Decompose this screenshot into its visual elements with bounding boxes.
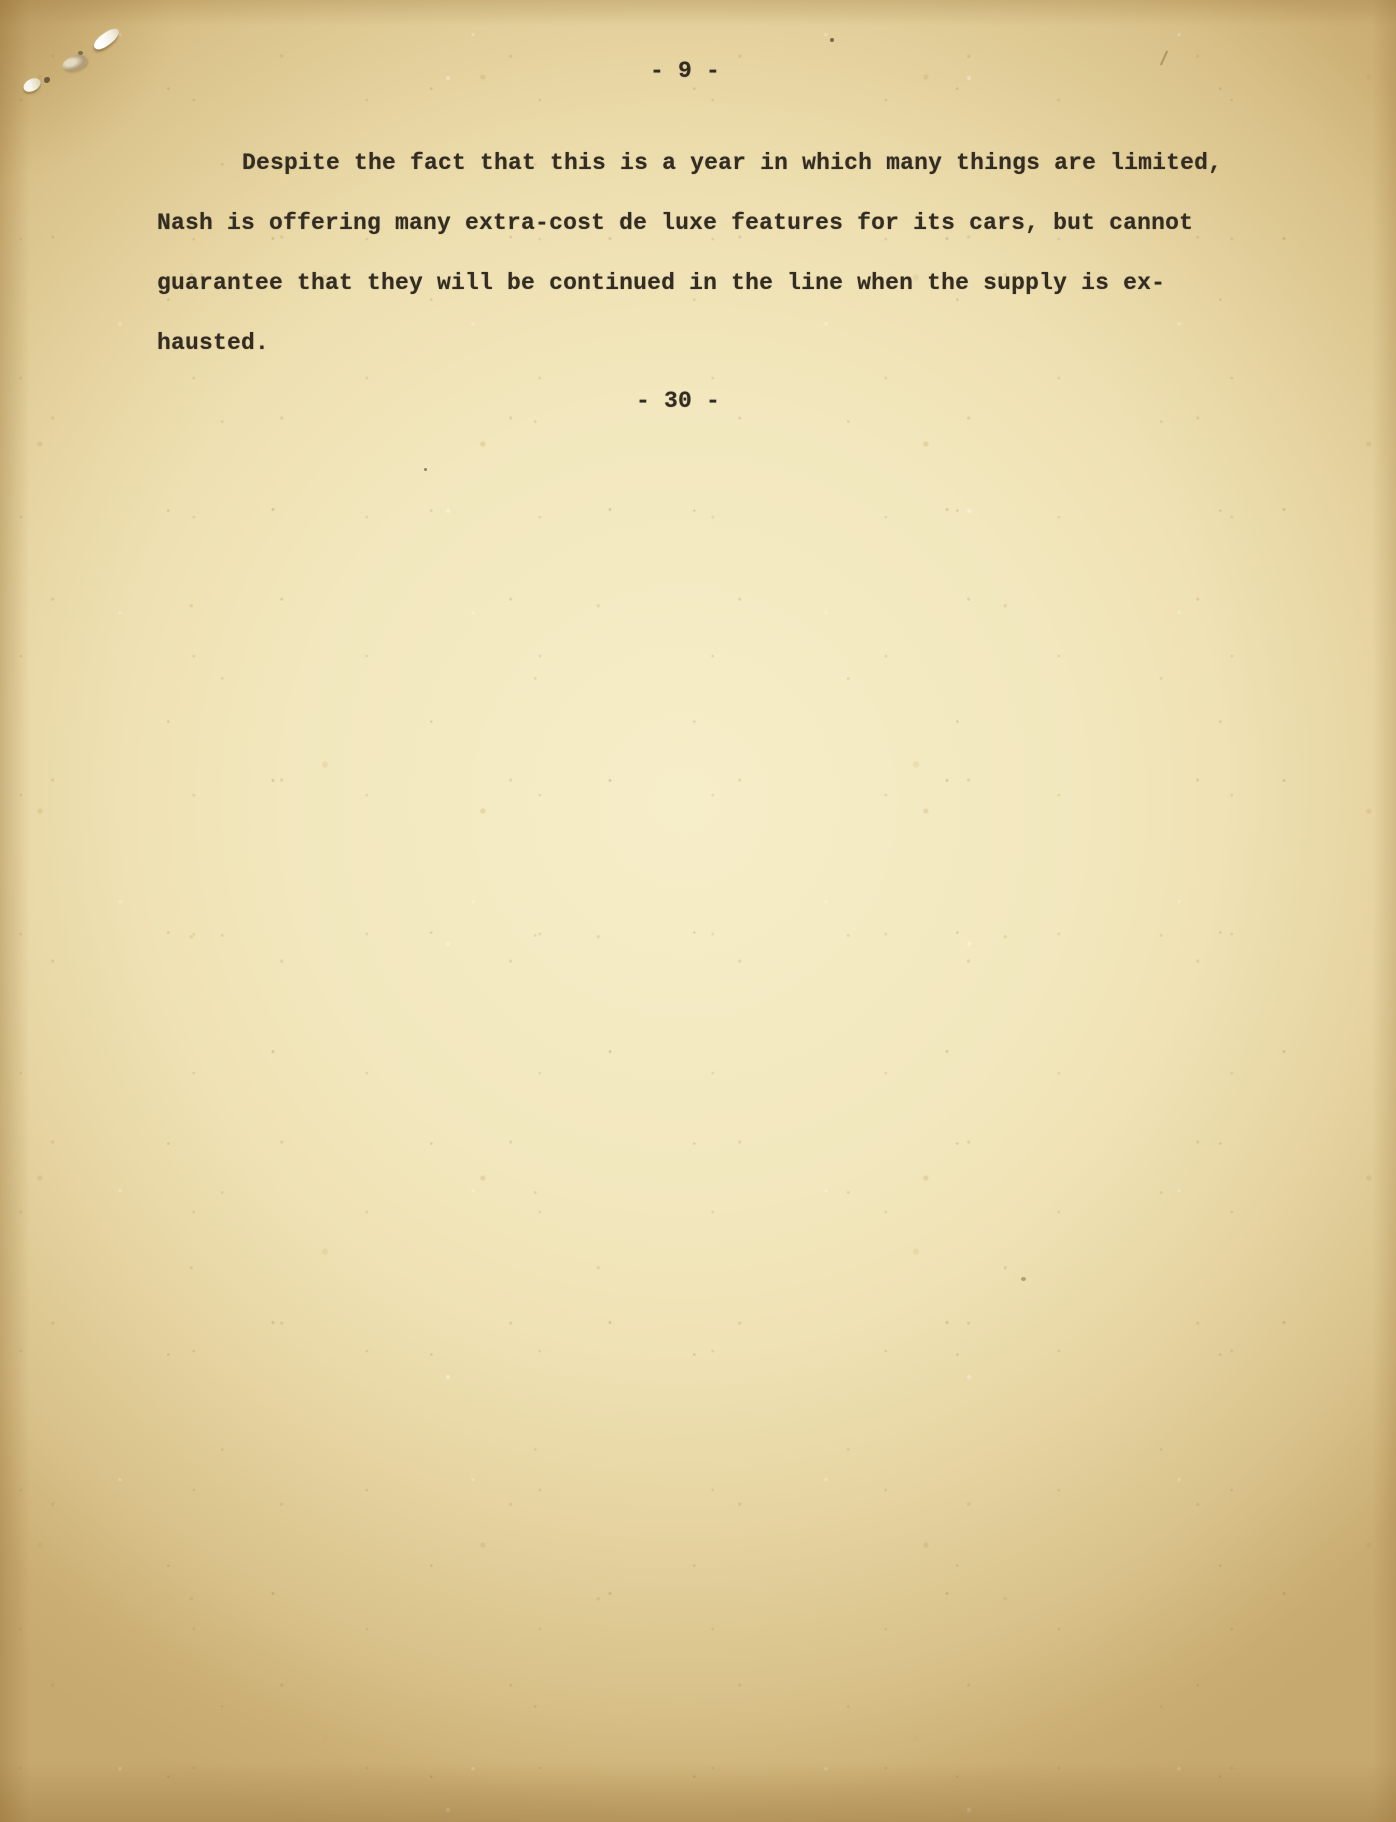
paper-speck — [424, 468, 427, 471]
scanned-document-page: - 9 - Despite the fact that this is a ye… — [0, 0, 1396, 1822]
paragraph-line: Nash is offering many extra-cost de luxe… — [157, 193, 1247, 253]
paper-speck — [78, 51, 83, 55]
paragraph-line: hausted. — [157, 313, 1247, 373]
paragraph-line: guarantee that they will be continued in… — [157, 253, 1247, 313]
paper-speck — [830, 38, 834, 42]
paper-damage-fleck — [91, 25, 121, 52]
paper-speck — [44, 77, 50, 83]
end-of-release-mark: - 30 - — [636, 388, 720, 416]
paper-speck — [1021, 1277, 1026, 1281]
body-paragraph: Despite the fact that this is a year in … — [157, 133, 1247, 373]
page-number: - 9 - — [650, 58, 720, 86]
paper-fiber-mark — [1160, 50, 1168, 65]
paragraph-line: Despite the fact that this is a year in … — [157, 133, 1247, 193]
paper-damage-fleck — [61, 53, 89, 73]
paper-damage-fleck — [21, 75, 43, 94]
